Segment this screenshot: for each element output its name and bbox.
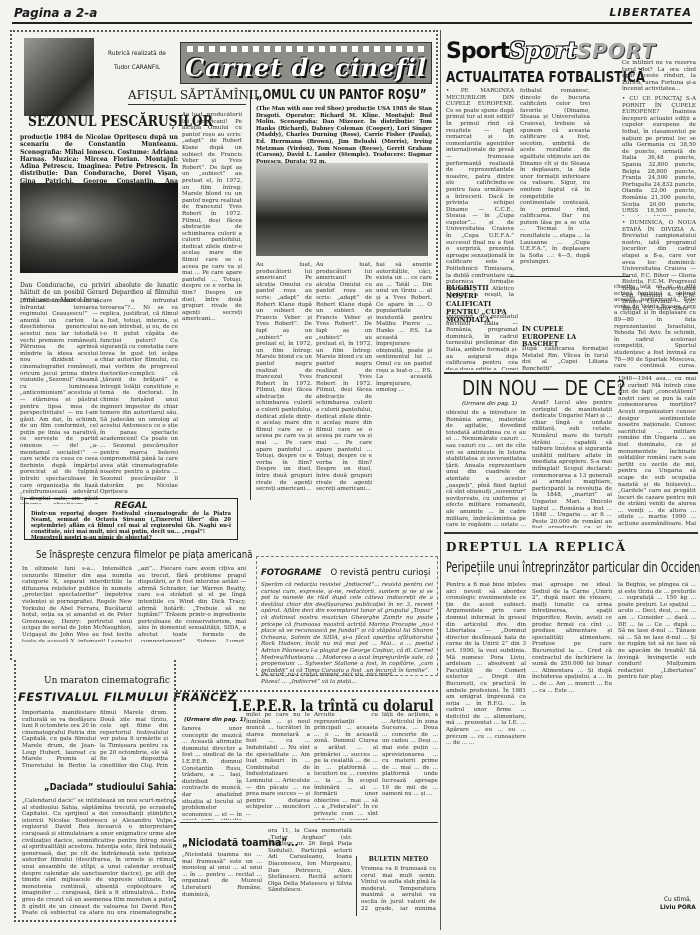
dreptul-signoff-name: Liviu PORA — [660, 904, 696, 912]
ieper-body-col1: fanova unor concepții de muzică ... Acea… — [182, 726, 242, 820]
carnet-column-rule — [250, 90, 251, 500]
sport-banner-word1: Sport — [446, 39, 509, 64]
cenzura-body-col2: „azi”... Fiecare care avem cîțiva ani au… — [138, 566, 246, 642]
regal-title: REGAL — [31, 501, 231, 511]
meteo-title: BULETIN METEO — [361, 856, 436, 863]
ieper-bottom-rule — [180, 822, 438, 823]
daciada-border — [14, 660, 176, 922]
dreptul-top-rule — [444, 532, 698, 534]
meteo-box: BULETIN METEO Vremea va fi frumoasă cu c… — [356, 856, 440, 916]
sport-banner-word2: Sport — [509, 38, 577, 64]
din-nou-col3: 1940—1944 asu... cu mai de curînd! Mă în… — [618, 376, 696, 528]
dreptul-section-heading: DREPTUL LA REPLICĂ — [446, 540, 627, 554]
sezonul-body-col2: care a înfruntat teroarea”?... Ni se va … — [100, 298, 178, 504]
niciodata-body-col1: „Niciodată toamna nu ... mai frumoasă” e… — [182, 852, 262, 912]
actualitatea-title: ACTUALITATEA FOTBALISTICĂ — [446, 68, 645, 86]
cenzura-title: Se înăsprește cenzura filmelor pe piața … — [36, 548, 252, 561]
sport-mid-rule — [510, 276, 630, 277]
ieper-body-col3: Arcuite cu reprezentanții principali ...… — [314, 712, 378, 820]
ieper-border — [176, 690, 438, 692]
dreptul-col1: Pentru a fi mai bine înțeles aici nevoit… — [446, 582, 526, 922]
carnet-border-right — [436, 30, 438, 280]
author-portrait-photo — [24, 38, 94, 116]
omul-body-col3: hai să anunțe autoritățile, căci, exista… — [376, 262, 432, 507]
sezonul-still-photo — [20, 183, 178, 273]
left-right-section-divider — [440, 30, 441, 930]
din-nou-title: DIN NOU — DE CE? — [462, 376, 625, 400]
rugbisti-col2: charity, iată că și o altă echipă femini… — [614, 284, 696, 370]
dreptul-col2: mai aproape ne ideal. Sediul de la Carne… — [532, 582, 612, 922]
punctaj-text: • CU CE PUNCTAJ S-A PORNIT ÎN CUPELE EUR… — [622, 96, 696, 216]
omul-still-photo — [256, 163, 428, 256]
newspaper-name: LIBERTATEA — [609, 6, 692, 19]
fotograme-box: FOTOGRAME O revistă pentru curioși Speră… — [256, 556, 438, 676]
fotograme-end2: Păzea! ... „Indiscret” vă la piață... — [261, 679, 433, 686]
fotograme-text: Sperăm că redacția revistei „Indiscret”.… — [261, 582, 433, 672]
fotograme-label: FOTOGRAME — [261, 568, 321, 578]
afisul-body-col: Au luat, producătorii lui americani! Pe … — [182, 112, 242, 502]
sezonul-body-col1: „Film anticomunist care a înfruntat tero… — [20, 298, 98, 504]
actualitatea-col1: • PE MARGINEA MECIURILOR DIN CUPELE EURO… — [446, 88, 514, 298]
din-nou-col2: Arad? Locul ales pentru cortegiul de man… — [532, 400, 612, 528]
carnet-banner: Carnet de cinefil — [180, 42, 432, 84]
dreptul-signoff-prefix: Cu stimă, — [664, 896, 692, 904]
din-nou-col1: obiceiul de a introduce în România arme,… — [446, 410, 526, 528]
header-rule — [12, 22, 692, 24]
rubric-credit-line2: Tudor CARANFIL — [114, 64, 160, 72]
carnet-banner-title: Carnet de cinefil — [181, 53, 431, 82]
fotograme-end1: Pe scurt, nu-i cruțat nimeni, nici viu, … — [261, 672, 433, 679]
fotograme-title: O revistă pentru curioși — [331, 568, 431, 578]
din-nou-top-rule — [444, 372, 698, 374]
din-nou-continued: (Urmare din pag. 1) — [462, 400, 517, 408]
regal-box: REGAL Dintr-un reportaj despre Festivalu… — [24, 498, 238, 540]
dreptul-title: Peripețiile unui întreprinzător particul… — [446, 560, 700, 576]
actualitatea-col2: fotbalul românesc, dincolo de bucuria ca… — [520, 88, 590, 298]
niciodata-body-col2: ora 11, la Casa memorială „Tudor Arghezi… — [268, 828, 352, 912]
omul-title: „OMUL CU UN PANTOF ROȘU” — [256, 88, 427, 103]
carnet-right-border — [10, 30, 438, 32]
page-number: Pagina a 2-a — [14, 6, 97, 20]
omul-body-col2: Au luat, producătorii lui americani! Pe … — [316, 262, 372, 507]
basket-text: După calificarea formației Metalul Rm. V… — [522, 346, 608, 370]
afisul-saptaminii-heading: AFIȘUL SĂPTĂMÎNII — [128, 88, 259, 102]
ieper-body-col4: lății de acțiune, a ... Articolul în zon… — [382, 712, 438, 820]
regal-signoff: Menestreli noștri n-au nimic de obiectat… — [31, 535, 231, 541]
dreptul-col3: la Beghia, se plîngea că ... și este tîr… — [618, 582, 696, 892]
actualitatea-col3-intro: Ce întîlniri ne va rezerva turul doi? La… — [622, 60, 696, 90]
rugbisti-col1: Învingînd, de rezultatul meciului Italia… — [446, 314, 518, 370]
ieper-body-col2: milei pe care nu le înmînăm ... și noul … — [246, 712, 310, 820]
ieper-continued: (Urmare din pag. 1) — [184, 716, 246, 724]
regal-text: Dintr-un reportaj despre Festivalul cine… — [31, 511, 231, 535]
cenzura-body-col1: În ultimele luni s-a... Intensifică cenz… — [22, 566, 132, 642]
omul-credits: (The Man with one red Shoe) producție US… — [256, 106, 432, 165]
film-strip-holes — [187, 46, 425, 52]
afisul-underline — [128, 104, 246, 105]
rubric-credit-line1: Rubrică realizată de — [108, 50, 166, 58]
omul-body-col1: Au luat, producătorii lui americani! Pe … — [256, 262, 312, 507]
meteo-text: Vremea va fi frumoasă cu cerul mai mult … — [361, 866, 436, 912]
